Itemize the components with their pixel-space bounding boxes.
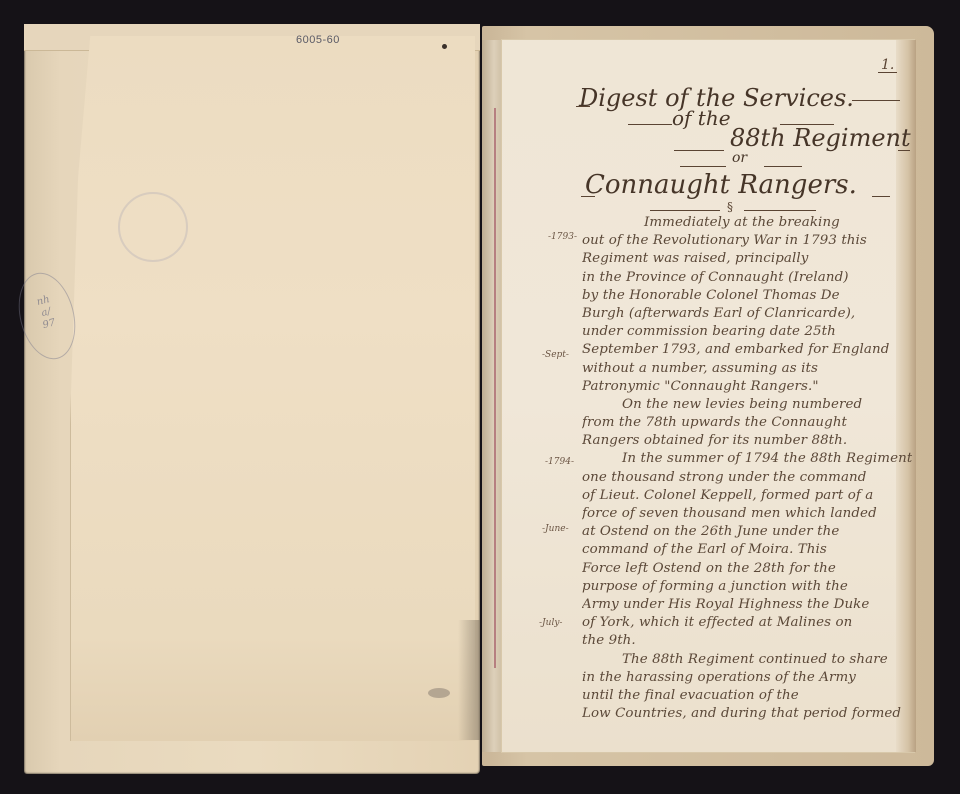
text-line: the 9th. bbox=[582, 632, 912, 650]
margin-note-month: -Sept- bbox=[542, 350, 569, 360]
gutter-strip bbox=[482, 40, 502, 752]
page-number: 1. bbox=[878, 58, 897, 73]
heading-rule bbox=[674, 150, 724, 151]
ornament-flourish-icon: § bbox=[727, 200, 733, 214]
heading-rule bbox=[872, 196, 890, 197]
text-line: out of the Revolutionary War in 1793 thi… bbox=[582, 232, 912, 250]
text-line: from the 78th upwards the Connaught bbox=[582, 414, 912, 432]
margin-note-year: -1793- bbox=[548, 232, 577, 242]
text-line: by the Honorable Colonel Thomas De bbox=[582, 287, 912, 305]
text-line: under commission bearing date 25th bbox=[582, 323, 912, 341]
text-line: command of the Earl of Moira. This bbox=[582, 541, 912, 559]
heading-line-3: 88th Regiment bbox=[730, 124, 911, 152]
margin-note-year: -1794- bbox=[545, 457, 574, 467]
text-line: Immediately at the breaking bbox=[582, 214, 912, 232]
text-line: until the final evacuation of the bbox=[582, 687, 912, 705]
heading-rule bbox=[650, 210, 720, 211]
text-line: Rangers obtained for its number 88th. bbox=[582, 432, 912, 450]
heading-rule bbox=[680, 166, 726, 167]
margin-note-month: -June- bbox=[542, 524, 569, 534]
left-flyleaf-page bbox=[70, 36, 475, 741]
manuscript-body-text: Immediately at the breaking out of the R… bbox=[582, 214, 912, 723]
faint-library-stamp bbox=[118, 192, 188, 262]
text-line: purpose of forming a junction with the bbox=[582, 578, 912, 596]
binding-thread bbox=[494, 108, 496, 668]
text-line: Army under His Royal Highness the Duke bbox=[582, 596, 912, 614]
text-line: at Ostend on the 26th June under the bbox=[582, 523, 912, 541]
paper-damage-spot bbox=[428, 688, 450, 698]
text-line: Force left Ostend on the 28th for the bbox=[582, 560, 912, 578]
text-line: Burgh (afterwards Earl of Clanricarde), bbox=[582, 305, 912, 323]
heading-rule bbox=[852, 100, 900, 101]
heading-line-4: or bbox=[732, 150, 747, 166]
text-line: September 1793, and embarked for England bbox=[582, 341, 912, 359]
heading-line-5: Connaught Rangers. bbox=[585, 170, 857, 200]
text-line: The 88th Regiment continued to share bbox=[582, 651, 912, 669]
heading-rule bbox=[744, 210, 816, 211]
text-line: Regiment was raised, principally bbox=[582, 250, 912, 268]
heading-rule bbox=[764, 166, 802, 167]
text-line: Low Countries, and during that period fo… bbox=[582, 705, 912, 723]
text-line: On the new levies being numbered bbox=[582, 396, 912, 414]
text-line: force of seven thousand men which landed bbox=[582, 505, 912, 523]
text-line: Patronymic "Connaught Rangers." bbox=[582, 378, 912, 396]
text-line: of Lieut. Colonel Keppell, formed part o… bbox=[582, 487, 912, 505]
heading-line-2: of the bbox=[672, 106, 731, 130]
heading-rule bbox=[898, 150, 910, 151]
left-gutter-shadow bbox=[458, 620, 480, 740]
margin-note-month: -July- bbox=[539, 618, 562, 628]
text-line: of York, which it effected at Malines on bbox=[582, 614, 912, 632]
text-line: one thousand strong under the command bbox=[582, 469, 912, 487]
text-line: In the summer of 1794 the 88th Regiment bbox=[582, 450, 912, 468]
open-manuscript-book: 6005-60 nh a/ 97 1. Digest of the Servic… bbox=[0, 0, 960, 794]
catalog-number: 6005-60 bbox=[296, 34, 340, 46]
text-line: in the harassing operations of the Army bbox=[582, 669, 912, 687]
heading-rule bbox=[628, 124, 672, 125]
text-line: without a number, assuming as its bbox=[582, 360, 912, 378]
pin-hole bbox=[442, 44, 447, 49]
text-line: in the Province of Connaught (Ireland) bbox=[582, 269, 912, 287]
